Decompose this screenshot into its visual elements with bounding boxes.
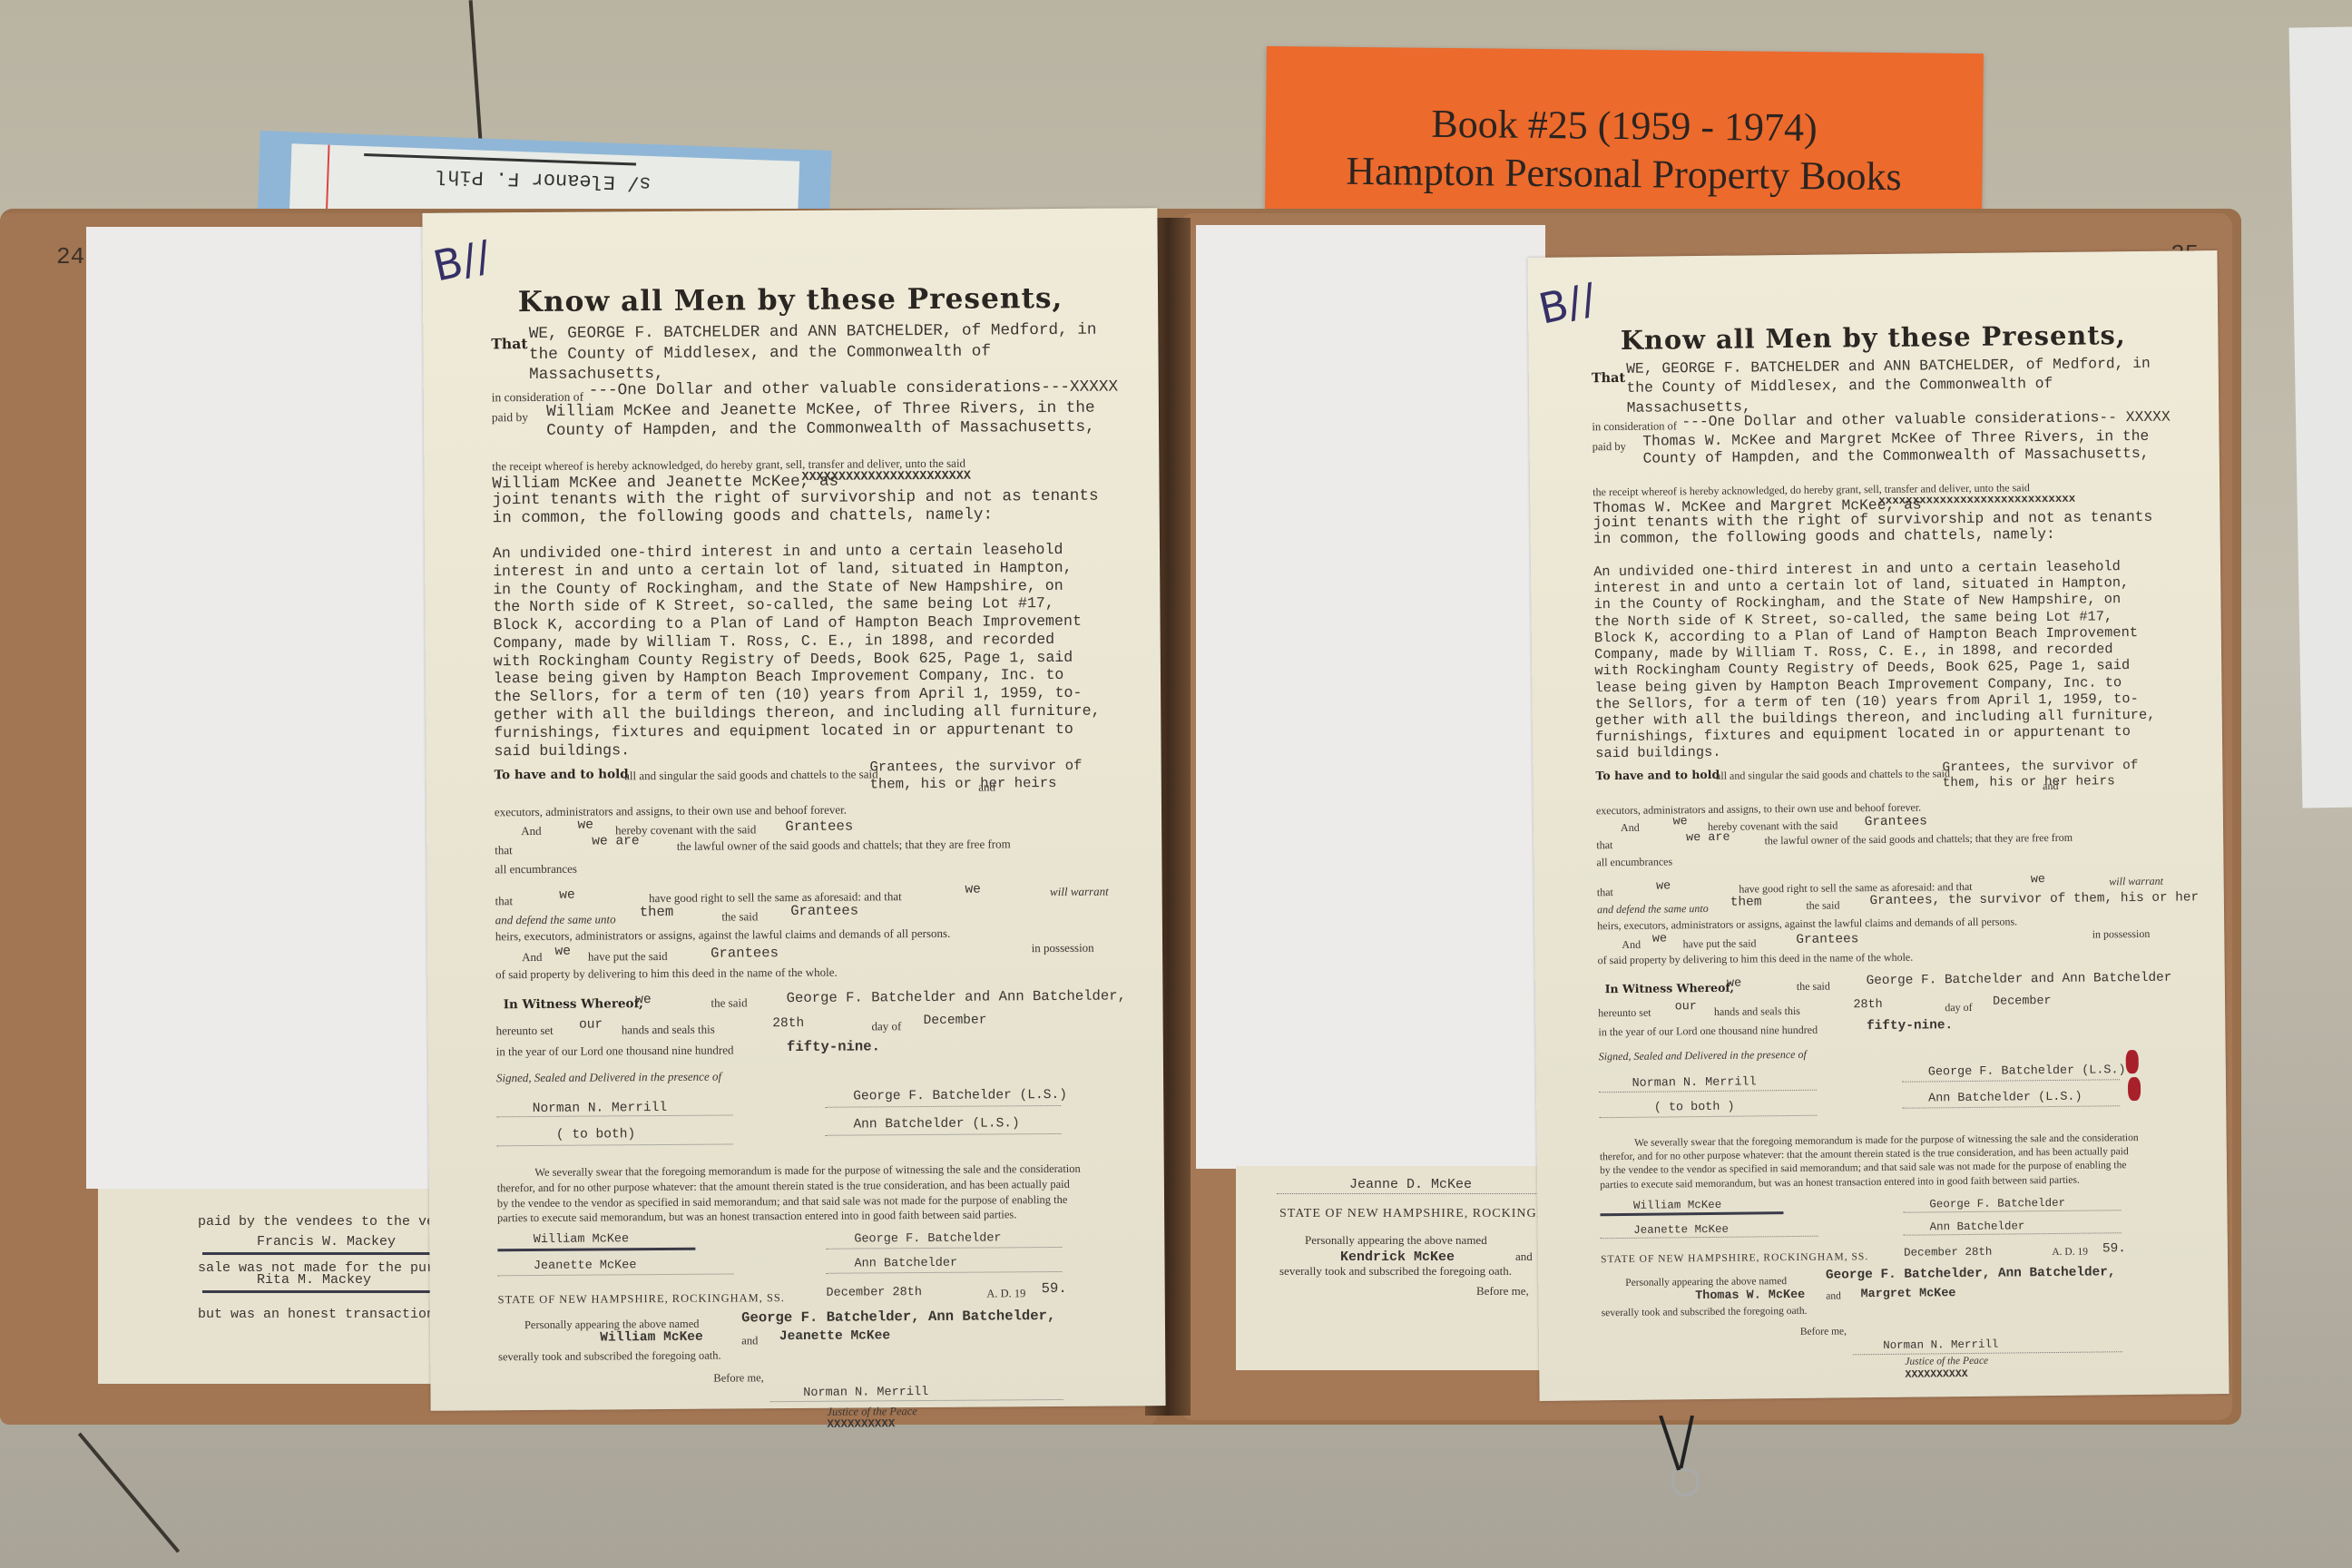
good-right-clause: have good right to sell the same as afor…: [649, 889, 902, 906]
to-both: ( to both ): [1654, 1101, 1735, 1115]
witness-parties: George F. Batchelder and Ann Batchelder: [1867, 971, 2172, 989]
we-word: we: [559, 887, 575, 902]
we-word: we: [1672, 816, 1687, 829]
justice-title: Justice of the Peace: [827, 1405, 916, 1419]
justice-signature: Norman N. Merrill: [1883, 1338, 1998, 1352]
defend-clause: and defend the same unto: [495, 912, 616, 927]
underlying-and: and: [1515, 1249, 1533, 1264]
defend-grantees: Grantees, the survivor of them, his or h…: [1869, 890, 2199, 908]
before-me: Before me,: [1800, 1326, 1847, 1338]
oath-signature: Ann Batchelder: [854, 1257, 957, 1271]
grantors: WE, GEORGE F. BATCHELDER and ANN BATCHEL…: [1626, 354, 2184, 417]
that-word: that: [1597, 886, 1613, 899]
signature-rita-mackey: Rita M. Mackey: [257, 1272, 371, 1288]
appearing-name: Jeanette McKee: [779, 1329, 890, 1345]
habendum-clause: all and singular the said goods and chat…: [1716, 768, 1950, 784]
possession: in possession: [2092, 927, 2151, 942]
habendum-clause: all and singular the said goods and chat…: [624, 767, 878, 783]
appearing-names: George F. Batchelder, Ann Batchelder,: [1826, 1266, 2116, 1283]
year-prefix: in the year of our Lord one thousand nin…: [1598, 1023, 1818, 1039]
warrant: will warrant: [1050, 884, 1109, 898]
oath-signature: George F. Batchelder: [1929, 1196, 2065, 1210]
and-word: And: [522, 950, 543, 965]
lawful-owner-clause: the lawful owner of the said goods and c…: [1764, 831, 2073, 848]
witness-label: In Witness Whereof,: [1605, 980, 1734, 995]
oath-signature: Jeanette McKee: [534, 1259, 637, 1274]
deed-year: fifty-nine.: [1867, 1018, 1953, 1034]
hereunto: hereunto set: [496, 1024, 554, 1038]
state-date: December 28th: [826, 1286, 922, 1300]
oath-signature: William McKee: [534, 1233, 630, 1248]
ad-year: 59.: [1042, 1280, 1067, 1297]
justice-signature: Norman N. Merrill: [803, 1386, 928, 1400]
our-word: our: [579, 1018, 603, 1033]
underlying-line: paid by the vendees to the vendo: [198, 1214, 443, 1230]
encumbrances: all encumbrances: [1596, 856, 1672, 870]
ad-year: 59.: [2102, 1241, 2126, 1256]
tenancy-clause: joint tenants with the right of survivor…: [492, 487, 1124, 527]
grantor-signature-1: George F. Batchelder (L.S.): [1928, 1063, 2126, 1079]
justice-struck: XXXXXXXXXX: [827, 1417, 895, 1431]
heirs-clause: heirs, executors, administrators or assi…: [1597, 915, 2017, 933]
table-seam: [78, 1433, 180, 1553]
appearing-name: William McKee: [600, 1330, 703, 1346]
witness-signature: Norman N. Merrill: [533, 1101, 668, 1116]
underlying-state: STATE OF NEW HAMPSHIRE, ROCKINGH: [1279, 1207, 1543, 1221]
grantees-word: Grantees: [710, 945, 779, 962]
and-word: And: [1621, 821, 1640, 835]
that-word: that: [495, 843, 513, 857]
and-word: and: [1826, 1291, 1841, 1302]
put-said: have put the said: [1682, 936, 1756, 951]
grantees-word: Grantees: [1796, 932, 1858, 947]
the-said: the said: [710, 996, 747, 1011]
signature-francis-mackey: Francis W. Mackey: [257, 1234, 396, 1249]
appearing-name: Thomas W. McKee: [1695, 1288, 1805, 1302]
day-of: day of: [1945, 1001, 1972, 1014]
grantor-signature-2: Ann Batchelder (L.S.): [853, 1117, 1019, 1132]
underlying-name: Kendrick McKee: [1340, 1249, 1455, 1265]
hereunto: hereunto set: [1598, 1005, 1651, 1020]
that-word: that: [1596, 838, 1612, 852]
oath-signature: Jeanette McKee: [1633, 1222, 1729, 1236]
put-said: have put the said: [588, 949, 668, 965]
grantees-word: Grantees: [1865, 815, 1927, 830]
property-description: An undivided one-third interest in and u…: [1593, 558, 2156, 762]
left-page-number: 24: [56, 243, 84, 270]
grantors: WE, GEORGE F. BATCHELDER and ANN BATCHEL…: [529, 319, 1133, 386]
description-line: said buildings.: [494, 738, 1101, 759]
we-word: we: [577, 818, 593, 832]
executors-clause: executors, administrators and assigns, t…: [495, 803, 847, 820]
we-are: we are: [592, 835, 640, 849]
that-label: That: [491, 335, 527, 352]
consideration: ---One Dollar and other valuable conside…: [589, 378, 1118, 400]
them-word: them: [1730, 895, 1762, 909]
hands-seals: hands and seals this: [622, 1023, 715, 1038]
took-oath: severally took and subscribed the forego…: [498, 1349, 721, 1365]
grantees: William McKee and Jeanette McKee, of Thr…: [546, 398, 1132, 440]
signature-jeanne-mckee: Jeanne D. McKee: [1349, 1177, 1472, 1192]
before-me: Before me,: [713, 1371, 764, 1385]
and-word: and: [741, 1334, 758, 1347]
habendum-label: To have and to hold: [495, 767, 629, 782]
oath-paragraph: We severally swear that the foregoing me…: [1600, 1132, 2141, 1193]
struck-text: xxxxxxxxxxxxxxxxxxxxxxxxxxxxx: [1878, 493, 2075, 507]
year-prefix: in the year of our Lord one thousand nin…: [496, 1044, 734, 1060]
witness-parties: George F. Batchelder and Ann Batchelder,: [787, 987, 1126, 1006]
book-label-subtitle: Hampton Personal Property Books: [1265, 147, 1982, 201]
state-venue: STATE OF NEW HAMPSHIRE, ROCKINGHAM, SS.: [498, 1291, 785, 1307]
deed-title: Know all Men by these Presents,: [1528, 318, 2218, 357]
lawful-owner-clause: the lawful owner of the said goods and c…: [677, 837, 1011, 854]
to-both: ( to both): [556, 1127, 635, 1142]
we-word: we: [554, 945, 571, 959]
warrant: will warrant: [2109, 875, 2163, 889]
oath-paragraph: We severally swear that the foregoing me…: [497, 1161, 1083, 1226]
that-label: That: [1592, 370, 1625, 386]
signed-sealed: Signed, Sealed and Delivered in the pres…: [496, 1070, 721, 1086]
day-of: day of: [871, 1019, 901, 1034]
deed-day: 28th: [1853, 998, 1882, 1012]
binder-clip-icon: [1651, 1416, 1706, 1497]
deed-title: Know all Men by these Presents,: [423, 281, 1158, 319]
heirs-clause: heirs, executors, administrators or assi…: [495, 926, 951, 945]
deed-document-right: B// Know all Men by these Presents, That…: [1527, 250, 2229, 1401]
book-label-title: Book #25 (1959 - 1974): [1266, 99, 1983, 152]
wax-seal-icon: [2126, 1050, 2139, 1073]
underlying-appearing: Personally appearing the above named: [1305, 1233, 1487, 1248]
we-word: we: [635, 993, 652, 1007]
oath-signature: George F. Batchelder: [854, 1232, 1001, 1247]
blank-sheet-right: [1196, 225, 1545, 1169]
justice-struck: XXXXXXXXXX: [1905, 1368, 1967, 1381]
delivering-clause: of said property by delivering to him th…: [495, 965, 838, 983]
and-word: And: [1622, 937, 1641, 951]
deed-month: December: [924, 1014, 987, 1028]
signed-sealed: Signed, Sealed and Delivered in the pres…: [1599, 1047, 1807, 1063]
them-word: them: [640, 904, 674, 920]
oath-signature: Ann Batchelder: [1930, 1220, 2025, 1233]
underlying-oath: severally took and subscribed the forego…: [1279, 1264, 1512, 1279]
tenancy-clause: joint tenants with the right of survivor…: [1593, 509, 2178, 548]
delivering-clause: of said property by delivering to him th…: [1598, 951, 1914, 968]
underlying-document-left: paid by the vendees to the vendo sale wa…: [98, 1180, 443, 1384]
appearing-name: Margret McKee: [1861, 1287, 1956, 1301]
paid-by-label: paid by: [1592, 439, 1626, 453]
state-date: December 28th: [1904, 1246, 1992, 1259]
ad-prefix: A. D. 19: [2052, 1247, 2088, 1258]
underlying-document-right: Jeanne D. McKee STATE OF NEW HAMPSHIRE, …: [1236, 1166, 1544, 1370]
possession: in possession: [1032, 941, 1094, 955]
we-word: we: [1652, 932, 1667, 946]
grantees: Thomas W. McKee and Margret McKee of Thr…: [1642, 426, 2183, 467]
state-venue: STATE OF NEW HAMPSHIRE, ROCKINGHAM, SS.: [1601, 1251, 1868, 1265]
encumbrances: all encumbrances: [495, 861, 577, 877]
defend-clause: and defend the same unto: [1597, 902, 1709, 916]
grantor-signature-2: Ann Batchelder (L.S.): [1928, 1090, 2082, 1105]
witness-signature: Norman N. Merrill: [1632, 1076, 1756, 1091]
habendum-and: and: [2043, 779, 2058, 793]
handwritten-mark: B//: [429, 230, 495, 290]
paid-by-label: paid by: [492, 410, 528, 425]
underlying-before: Before me,: [1476, 1284, 1529, 1298]
defend-grantees: Grantees: [790, 903, 858, 920]
struck-text: XXXXXXXXXXXXXXXXXXXXXXX: [801, 470, 971, 485]
oath-signature: William McKee: [1633, 1199, 1721, 1212]
that-word: that: [495, 894, 514, 908]
we-word: we: [965, 882, 981, 897]
justice-title: Justice of the Peace: [1905, 1356, 1988, 1367]
property-description: An undivided one-third interest in and u…: [493, 541, 1101, 760]
the-said: the said: [721, 909, 758, 924]
wax-seal-icon: [2128, 1077, 2141, 1101]
witness-label: In Witness Whereof,: [504, 996, 643, 1012]
we-word: we: [1727, 976, 1741, 990]
appearing-names: George F. Batchelder, Ann Batchelder,: [741, 1308, 1055, 1326]
loose-sheet: [2289, 26, 2352, 808]
habendum-label: To have and to hold: [1595, 768, 1720, 782]
we-word: we: [2031, 874, 2045, 887]
the-said: the said: [1806, 899, 1839, 913]
deed-month: December: [1993, 995, 2052, 1009]
and-word: And: [521, 824, 542, 838]
grantor-signature-1: George F. Batchelder (L.S.): [853, 1088, 1067, 1104]
underlying-line: but was an honest transaction en: [198, 1307, 443, 1322]
grantees-word: Grantees: [785, 818, 853, 835]
deed-day: 28th: [772, 1016, 804, 1031]
ad-prefix: A. D. 19: [986, 1287, 1025, 1300]
hands-seals: hands and seals this: [1714, 1004, 1800, 1019]
we-are: we are: [1686, 830, 1730, 845]
the-said: the said: [1797, 979, 1830, 993]
we-word: we: [1656, 880, 1671, 894]
appearing-clause: Personally appearing the above named: [1625, 1276, 1787, 1289]
deed-document-left: B// Know all Men by these Presents, That…: [422, 208, 1165, 1411]
deed-year: fifty-nine.: [787, 1038, 880, 1055]
took-oath: severally took and subscribed the forego…: [1602, 1306, 1808, 1318]
habendum-and: and: [978, 780, 995, 795]
our-word: our: [1675, 1000, 1697, 1014]
book-label: Book #25 (1959 - 1974) Hampton Personal …: [1265, 46, 1984, 217]
blank-sheet-left: [86, 227, 436, 1189]
